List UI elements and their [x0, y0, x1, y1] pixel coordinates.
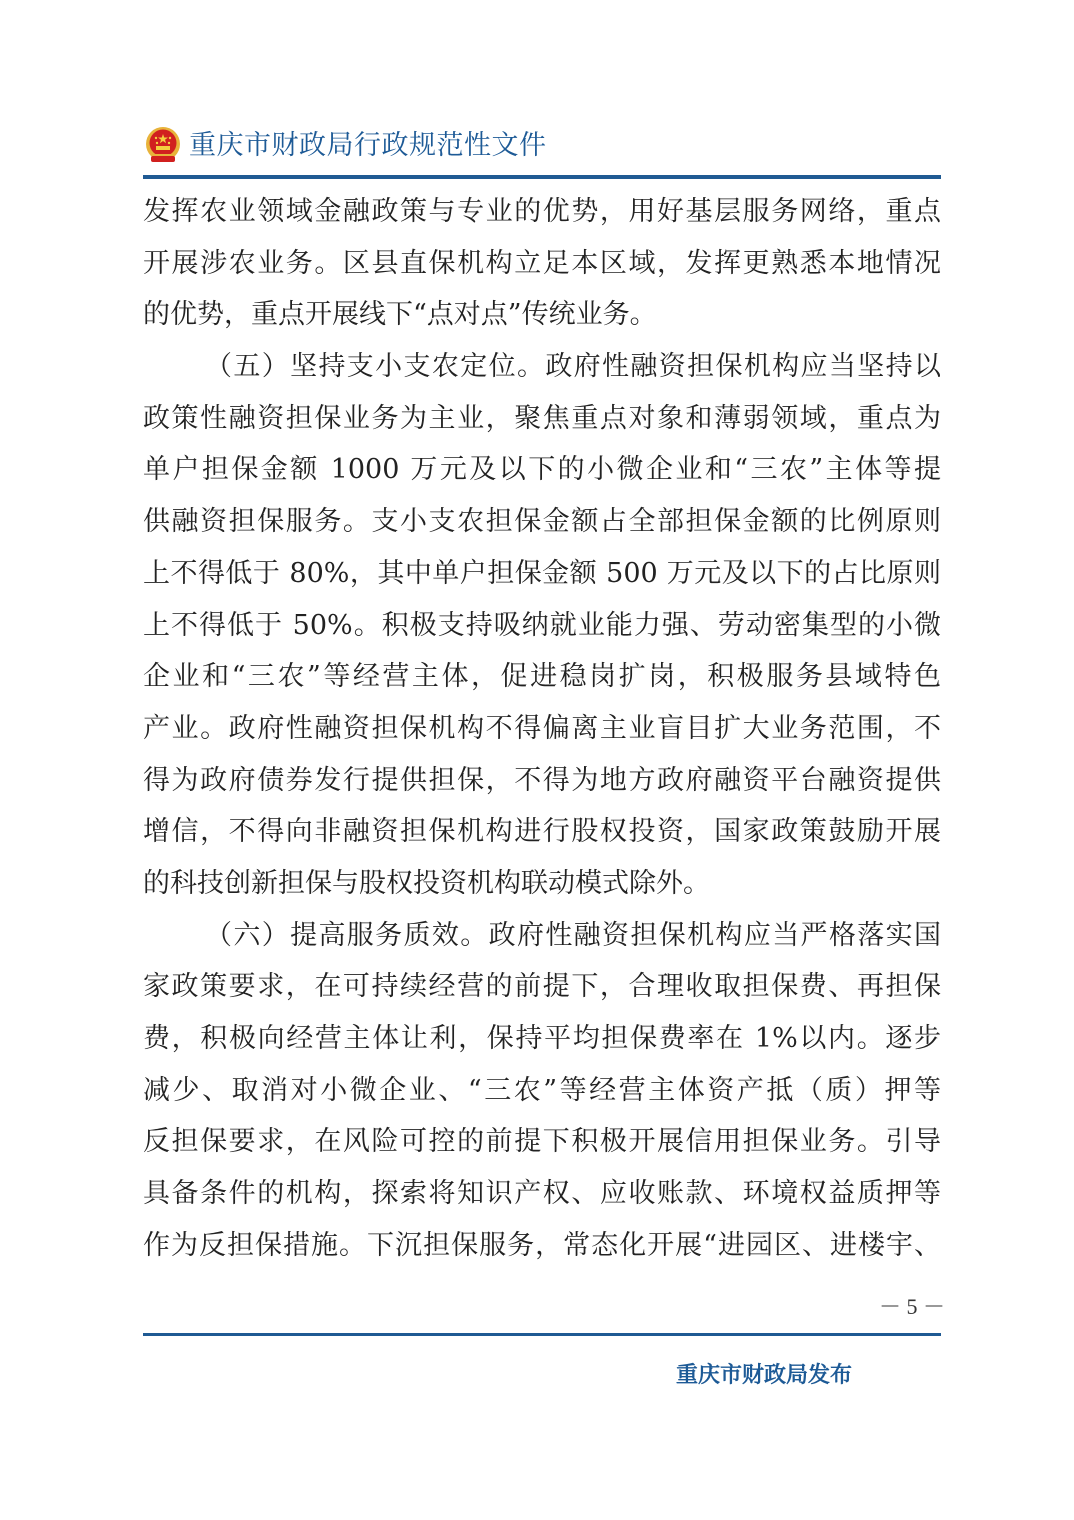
footer-divider [143, 1333, 941, 1336]
text-line: 企业和“三农”等经营主体，促进稳岗扩岗，积极服务县域特色 [143, 651, 941, 703]
text-line: 反担保要求，在风险可控的前提下积极开展信用担保业务。引导 [143, 1116, 941, 1168]
section-heading-line: （五）坚持支小支农定位。政府性融资担保机构应当坚持以 [143, 341, 941, 393]
document-body: 发挥农业领域金融政策与专业的优势，用好基层服务网络，重点 开展涉农业务。区县直保… [143, 186, 941, 1271]
text-line: 增信，不得向非融资担保机构进行股权投资，国家政策鼓励开展 [143, 806, 941, 858]
text-line: 发挥农业领域金融政策与专业的优势，用好基层服务网络，重点 [143, 186, 941, 238]
text-line: 作为反担保措施。下沉担保服务，常态化开展“进园区、进楼宇、 [143, 1220, 941, 1272]
text-line: 供融资担保服务。支小支农担保金额占全部担保金额的比例原则 [143, 496, 941, 548]
publisher-label: 重庆市财政局发布 [676, 1358, 852, 1389]
text-line: 单户担保金额 1000 万元及以下的小微企业和“三农”主体等提 [143, 444, 941, 496]
section-heading-line: （六）提高服务质效。政府性融资担保机构应当严格落实国 [143, 910, 941, 962]
text-line: 费，积极向经营主体让利，保持平均担保费率在 1%以内。逐步 [143, 1013, 941, 1065]
text-line: 政策性融资担保业务为主业，聚焦重点对象和薄弱领域，重点为 [143, 393, 941, 445]
header-title: 重庆市财政局行政规范性文件 [189, 126, 547, 166]
text-line: 得为政府债券发行提供担保，不得为地方政府融资平台融资提供 [143, 755, 941, 807]
text-line: 家政策要求，在可持续经营的前提下，合理收取担保费、再担保 [143, 961, 941, 1013]
text-line: 减少、取消对小微企业、“三农”等经营主体资产抵（质）押等 [143, 1065, 941, 1117]
text-line: 的科技创新担保与股权投资机构联动模式除外。 [143, 858, 941, 910]
text-line: 具备条件的机构，探索将知识产权、应收账款、环境权益质押等 [143, 1168, 941, 1220]
page-number: － 5 － [855, 1290, 945, 1321]
document-header: 重庆市财政局行政规范性文件 [143, 122, 547, 170]
text-line: 产业。政府性融资担保机构不得偏离主业盲目扩大业务范围，不 [143, 703, 941, 755]
header-divider [143, 175, 941, 179]
text-line: 的优势，重点开展线下“点对点”传统业务。 [143, 289, 941, 341]
text-line: 上不得低于 80%，其中单户担保金额 500 万元及以下的占比原则 [143, 548, 941, 600]
national-emblem-icon [143, 126, 183, 166]
text-line: 开展涉农业务。区县直保机构立足本区域，发挥更熟悉本地情况 [143, 238, 941, 290]
text-line: 上不得低于 50%。积极支持吸纳就业能力强、劳动密集型的小微 [143, 600, 941, 652]
